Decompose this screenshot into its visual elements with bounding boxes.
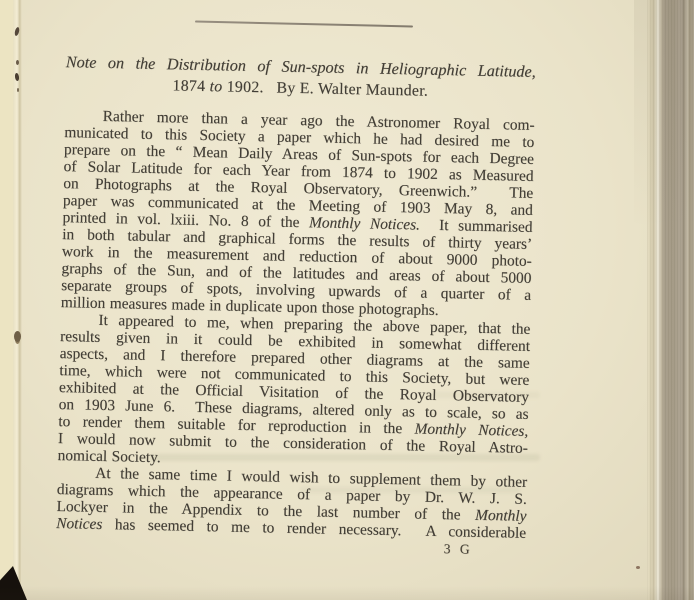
signature-mark: 3 G [444, 540, 526, 559]
paper-speck [17, 88, 19, 92]
page-edges-shade [634, 0, 694, 230]
gutter-margin [0, 0, 14, 600]
text-segment: nomical Society. [57, 447, 160, 466]
book-page: Note on the Distribution of Sun-spots in… [0, 0, 694, 600]
body-paragraphs: Rather more than a year ago the Astronom… [56, 107, 535, 542]
italic-text-segment: Monthly [475, 507, 527, 525]
bottom-shadow [0, 586, 694, 600]
section-divider-rule [195, 21, 413, 28]
italic-text-segment: Notices [56, 515, 103, 533]
paper-speck [16, 60, 19, 65]
paper-speck [636, 566, 640, 569]
article-title: Note on the Distribution of Sun-spots in… [65, 52, 536, 104]
text-block: Note on the Distribution of Sun-spots in… [56, 52, 536, 559]
paragraph: It appeared to me, when preparing the ab… [57, 311, 530, 474]
paragraph: Rather more than a year ago the Astronom… [61, 107, 535, 321]
paper-speck [14, 331, 21, 342]
paragraph: At the same time I would wish to supplem… [56, 464, 527, 542]
italic-text-segment: to [209, 78, 222, 95]
text-segment: 1874 [172, 77, 209, 95]
text-segment: 1902. By E. Walter Maunder. [222, 78, 428, 99]
